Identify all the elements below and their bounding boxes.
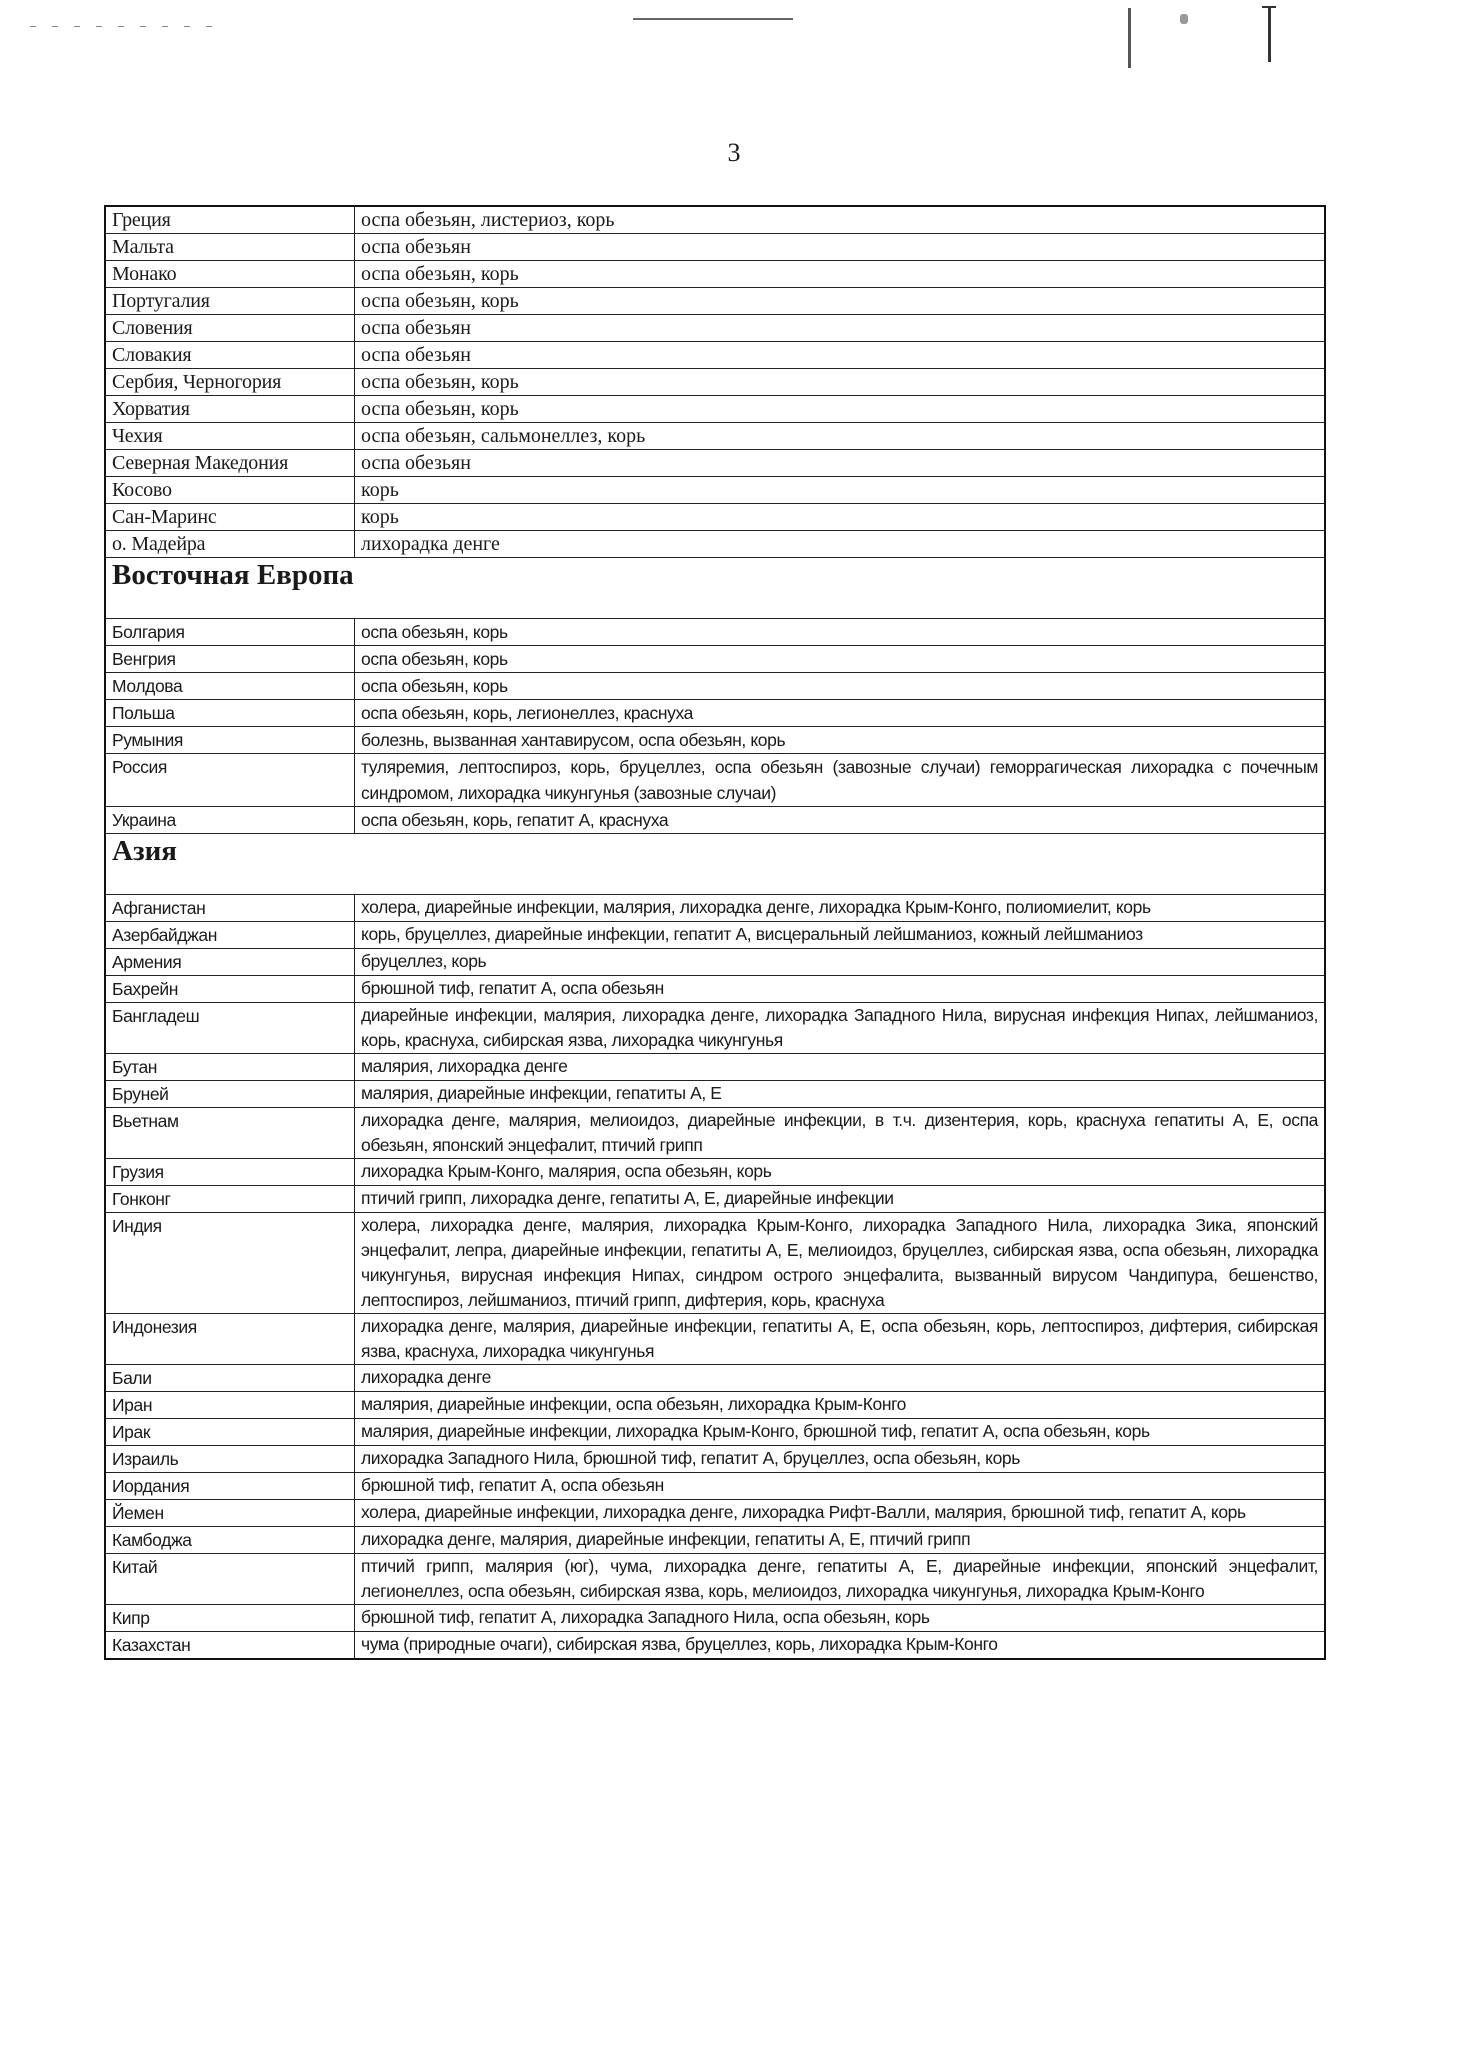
country-cell: Чехия [105,423,355,450]
country-cell: Греция [105,206,355,234]
table-row: Румынияболезнь, вызванная хантавирусом, … [105,727,1325,754]
country-cell: Мальта [105,234,355,261]
country-cell: Румыния [105,727,355,754]
table-row: Молдоваоспа обезьян, корь [105,673,1325,700]
country-cell: Индонезия [105,1314,355,1365]
country-cell: Монако [105,261,355,288]
diseases-cell: птичий грипп, лихорадка денге, гепатиты … [355,1186,1326,1213]
table-row: Украинаоспа обезьян, корь, гепатит А, кр… [105,807,1325,834]
country-cell: Израиль [105,1446,355,1473]
diseases-cell: малярия, диарейные инфекции, лихорадка К… [355,1419,1326,1446]
diseases-cell: оспа обезьян, корь [355,646,1326,673]
diseases-cell: лихорадка денге [355,531,1326,558]
diseases-cell: оспа обезьян, корь [355,288,1326,315]
table-row: Мальтаоспа обезьян [105,234,1325,261]
country-cell: Бангладеш [105,1003,355,1054]
diseases-cell: оспа обезьян, корь [355,396,1326,423]
table-row: Северная Македонияоспа обезьян [105,450,1325,477]
diseases-cell: лихорадка денге, малярия, диарейные инфе… [355,1527,1326,1554]
diseases-cell: малярия, диарейные инфекции, оспа обезья… [355,1392,1326,1419]
table-row: Болгарияоспа обезьян, корь [105,619,1325,646]
country-cell: Северная Македония [105,450,355,477]
table-row: Индияхолера, лихорадка денге, малярия, л… [105,1213,1325,1314]
table-row: Кипрбрюшной тиф, гепатит А, лихорадка За… [105,1605,1325,1632]
diseases-cell: холера, лихорадка денге, малярия, лихора… [355,1213,1326,1314]
table-row: Косовокорь [105,477,1325,504]
diseases-cell: лихорадка денге, малярия, диарейные инфе… [355,1314,1326,1365]
country-cell: Ирак [105,1419,355,1446]
diseases-cell: лихорадка денге [355,1365,1326,1392]
diseases-cell: туляремия, лептоспироз, корь, бруцеллез,… [355,754,1326,807]
section-title: Азия [105,834,1325,895]
diseases-cell: бруцеллез, корь [355,949,1326,976]
diseases-cell: оспа обезьян, корь [355,369,1326,396]
country-cell: Кипр [105,1605,355,1632]
country-cell: Казахстан [105,1632,355,1660]
table-row: Сан-Маринскорь [105,504,1325,531]
diseases-cell: лихорадка Крым-Конго, малярия, оспа обез… [355,1159,1326,1186]
table-row: Сербия, Черногорияоспа обезьян, корь [105,369,1325,396]
country-cell: Молдова [105,673,355,700]
table-row: Португалияоспа обезьян, корь [105,288,1325,315]
scan-artifact-bar [1268,6,1271,62]
disease-by-country-table: Грецияоспа обезьян, листериоз, корьМальт… [104,205,1326,1660]
diseases-cell: брюшной тиф, гепатит А, оспа обезьян [355,976,1326,1003]
table-row: о. Мадейралихорадка денге [105,531,1325,558]
country-cell: Венгрия [105,646,355,673]
table-row: Азербайджанкорь, бруцеллез, диарейные ин… [105,922,1325,949]
country-cell: Сан-Маринс [105,504,355,531]
country-cell: Йемен [105,1500,355,1527]
diseases-cell: птичий грипп, малярия (юг), чума, лихора… [355,1554,1326,1605]
table-row: Гонконгптичий грипп, лихорадка денге, ге… [105,1186,1325,1213]
country-cell: Бахрейн [105,976,355,1003]
table-row: Брунеймалярия, диарейные инфекции, гепат… [105,1081,1325,1108]
table-row: Казахстанчума (природные очаги), сибирск… [105,1632,1325,1660]
diseases-cell: корь [355,504,1326,531]
diseases-cell: оспа обезьян, сальмонеллез, корь [355,423,1326,450]
table-row: Иранмалярия, диарейные инфекции, оспа об… [105,1392,1325,1419]
country-cell: Иран [105,1392,355,1419]
country-cell: Россия [105,754,355,807]
diseases-cell: брюшной тиф, гепатит А, оспа обезьян [355,1473,1326,1500]
diseases-cell: холера, диарейные инфекции, малярия, лих… [355,895,1326,922]
diseases-cell: оспа обезьян, корь, легионеллез, краснух… [355,700,1326,727]
diseases-cell: корь [355,477,1326,504]
diseases-cell: холера, диарейные инфекции, лихорадка де… [355,1500,1326,1527]
table-row: Бахрейнбрюшной тиф, гепатит А, оспа обез… [105,976,1325,1003]
table-row: Иракмалярия, диарейные инфекции, лихорад… [105,1419,1325,1446]
country-cell: Косово [105,477,355,504]
table-row: Грузиялихорадка Крым-Конго, малярия, осп… [105,1159,1325,1186]
diseases-cell: малярия, лихорадка денге [355,1054,1326,1081]
diseases-cell: лихорадка денге, малярия, мелиоидоз, диа… [355,1108,1326,1159]
table-row: Грецияоспа обезьян, листериоз, корь [105,206,1325,234]
country-cell: Иордания [105,1473,355,1500]
country-cell: Индия [105,1213,355,1314]
country-cell: Бутан [105,1054,355,1081]
table-row: Армениябруцеллез, корь [105,949,1325,976]
section-title: Восточная Европа [105,558,1325,619]
table-row: Словенияоспа обезьян [105,315,1325,342]
country-cell: о. Мадейра [105,531,355,558]
table-row: Камбоджалихорадка денге, малярия, диарей… [105,1527,1325,1554]
section-header-row: Восточная Европа [105,558,1325,619]
diseases-cell: корь, бруцеллез, диарейные инфекции, геп… [355,922,1326,949]
table-row: Польшаоспа обезьян, корь, легионеллез, к… [105,700,1325,727]
country-cell: Словения [105,315,355,342]
table-row: Израильлихорадка Западного Нила, брюшной… [105,1446,1325,1473]
table-row: Бутанмалярия, лихорадка денге [105,1054,1325,1081]
table-row: Иорданиябрюшной тиф, гепатит А, оспа обе… [105,1473,1325,1500]
diseases-cell: оспа обезьян, корь [355,619,1326,646]
table-row: Монакооспа обезьян, корь [105,261,1325,288]
diseases-cell: оспа обезьян [355,315,1326,342]
country-cell: Бали [105,1365,355,1392]
country-cell: Сербия, Черногория [105,369,355,396]
country-cell: Камбоджа [105,1527,355,1554]
country-cell: Вьетнам [105,1108,355,1159]
table-row: Китайптичий грипп, малярия (юг), чума, л… [105,1554,1325,1605]
diseases-cell: оспа обезьян [355,234,1326,261]
diseases-cell: оспа обезьян, корь [355,673,1326,700]
country-cell: Грузия [105,1159,355,1186]
diseases-cell: оспа обезьян [355,342,1326,369]
country-cell: Болгария [105,619,355,646]
diseases-cell: диарейные инфекции, малярия, лихорадка д… [355,1003,1326,1054]
table-row: Йеменхолера, диарейные инфекции, лихорад… [105,1500,1325,1527]
country-cell: Армения [105,949,355,976]
diseases-cell: болезнь, вызванная хантавирусом, оспа об… [355,727,1326,754]
table-row: Россиятуляремия, лептоспироз, корь, бруц… [105,754,1325,807]
page-number: 3 [0,138,1468,168]
table-row: Индонезиялихорадка денге, малярия, диаре… [105,1314,1325,1365]
country-cell: Китай [105,1554,355,1605]
country-cell: Бруней [105,1081,355,1108]
country-cell: Португалия [105,288,355,315]
table-row: Венгрияоспа обезьян, корь [105,646,1325,673]
country-cell: Польша [105,700,355,727]
scan-artifact-bar [1128,8,1131,68]
diseases-cell: оспа обезьян [355,450,1326,477]
table-row: Бангладешдиарейные инфекции, малярия, ли… [105,1003,1325,1054]
table-row: Хорватияоспа обезьян, корь [105,396,1325,423]
table-row: Афганистанхолера, диарейные инфекции, ма… [105,895,1325,922]
diseases-cell: оспа обезьян, листериоз, корь [355,206,1326,234]
table-row: Балилихорадка денге [105,1365,1325,1392]
scan-artifact-line [633,18,793,20]
country-cell: Словакия [105,342,355,369]
scan-artifact-dots [30,26,220,27]
diseases-cell: чума (природные очаги), сибирская язва, … [355,1632,1326,1660]
country-cell: Азербайджан [105,922,355,949]
diseases-cell: брюшной тиф, гепатит А, лихорадка Западн… [355,1605,1326,1632]
table-row: Чехияоспа обезьян, сальмонеллез, корь [105,423,1325,450]
table-row: Словакияоспа обезьян [105,342,1325,369]
diseases-cell: лихорадка Западного Нила, брюшной тиф, г… [355,1446,1326,1473]
country-cell: Украина [105,807,355,834]
scan-artifact-smudge [1180,14,1188,24]
table-row: Вьетнамлихорадка денге, малярия, мелиоид… [105,1108,1325,1159]
country-cell: Гонконг [105,1186,355,1213]
country-cell: Хорватия [105,396,355,423]
country-cell: Афганистан [105,895,355,922]
diseases-cell: малярия, диарейные инфекции, гепатиты А,… [355,1081,1326,1108]
diseases-cell: оспа обезьян, корь, гепатит А, краснуха [355,807,1326,834]
section-header-row: Азия [105,834,1325,895]
scan-artifact-bar-cap [1262,6,1276,8]
diseases-cell: оспа обезьян, корь [355,261,1326,288]
